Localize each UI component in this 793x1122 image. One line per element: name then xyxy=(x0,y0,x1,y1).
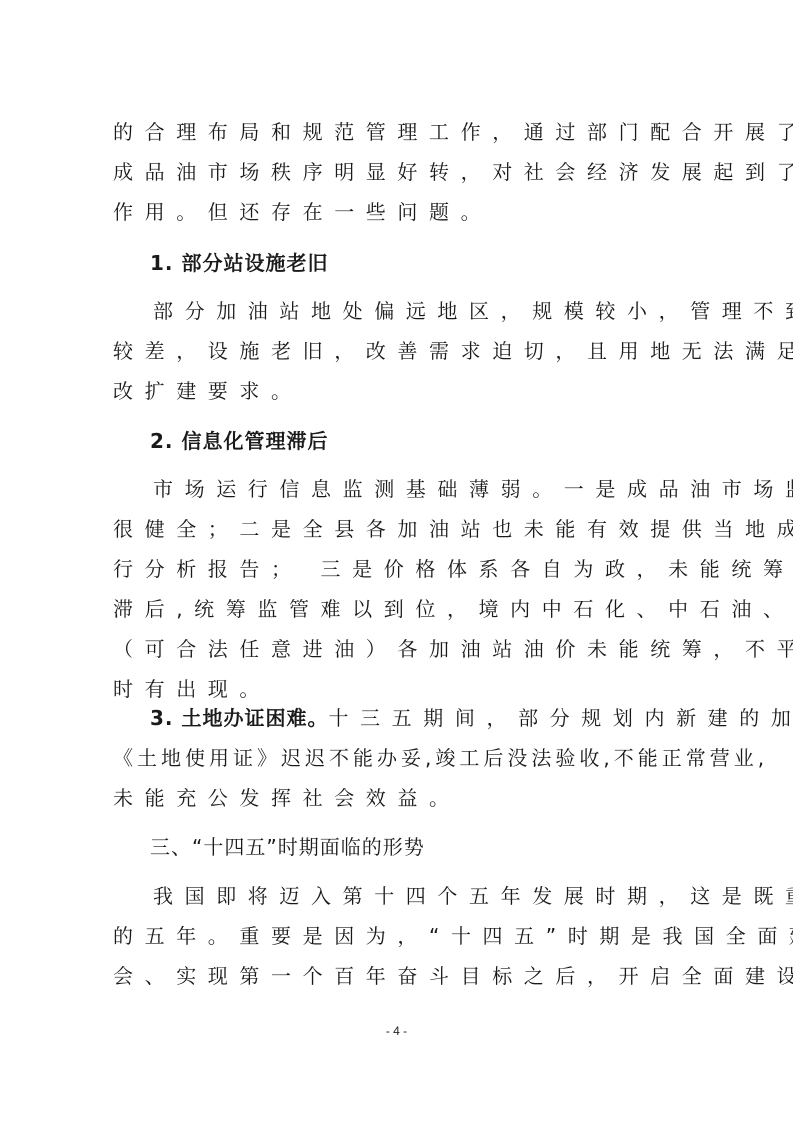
paragraph-line: 的合理布局和规范管理工作，通过部门配合开展了专项整治， xyxy=(113,120,793,144)
paragraph-line: 未能充公发挥社会效益。 xyxy=(113,786,461,810)
paragraph-line: 部分加油站地处偏远地区，规模较小，管理不到位，环境 xyxy=(153,299,793,323)
paragraph-line: 的五年。重要是因为，“十四五”时期是我国全面建成小康社 xyxy=(113,924,793,948)
paragraph-line: 我国即将迈入第十四个五年发展时期，这是既重要又特殊 xyxy=(153,884,793,908)
issue-3-line: 3. 土地办证困难。十三五期间，部分规划内新建的加油站 xyxy=(150,706,793,730)
issue-2-heading: 2. 信息化管理滞后 xyxy=(150,429,328,453)
issue-1-heading: 1. 部分站设施老旧 xyxy=(150,251,328,275)
paragraph-line: 改扩建要求。 xyxy=(113,379,303,403)
paragraph-line: 作用。但还存在一些问题。 xyxy=(113,200,492,224)
paragraph-line: 市场运行信息监测基础薄弱。一是成品油市场监测系统不 xyxy=(153,477,793,501)
paragraph-line: （可合法任意进油）各加油站油价未能统筹，不平等竞争现象 xyxy=(113,637,793,661)
paragraph-line: 成品油市场秩序明显好转，对社会经济发展起到了积极的推动 xyxy=(113,160,793,184)
section-3-heading: 三、“十四五”时期面临的形势 xyxy=(150,835,425,859)
paragraph-line: 滞后,统筹监管难以到位，境内中石化、中石油、中海油和社会 xyxy=(113,597,793,621)
page-number: - 4 - xyxy=(0,1024,793,1038)
issue-3-body-start: 十三五期间，部分规划内新建的加油站 xyxy=(328,706,793,730)
paragraph-line: 会、实现第一个百年奋斗目标之后，开启全面建设社会主义现 xyxy=(113,964,793,988)
issue-3-heading: 3. 土地办证困难。 xyxy=(150,706,328,730)
paragraph-line: 很健全；二是全县各加油站也未能有效提供当地成品油市场运 xyxy=(113,517,793,541)
paragraph-line: 时有出现。 xyxy=(113,677,271,701)
paragraph-line: 《土地使用证》迟迟不能办妥,竣工后没法验收,不能正常营业, xyxy=(113,746,768,770)
paragraph-line: 较差，设施老旧，改善需求迫切，且用地无法满足后期充电桩 xyxy=(113,339,793,363)
paragraph-line: 行分析报告； 三是价格体系各自为政，未能统筹。因信息管理 xyxy=(113,557,793,581)
